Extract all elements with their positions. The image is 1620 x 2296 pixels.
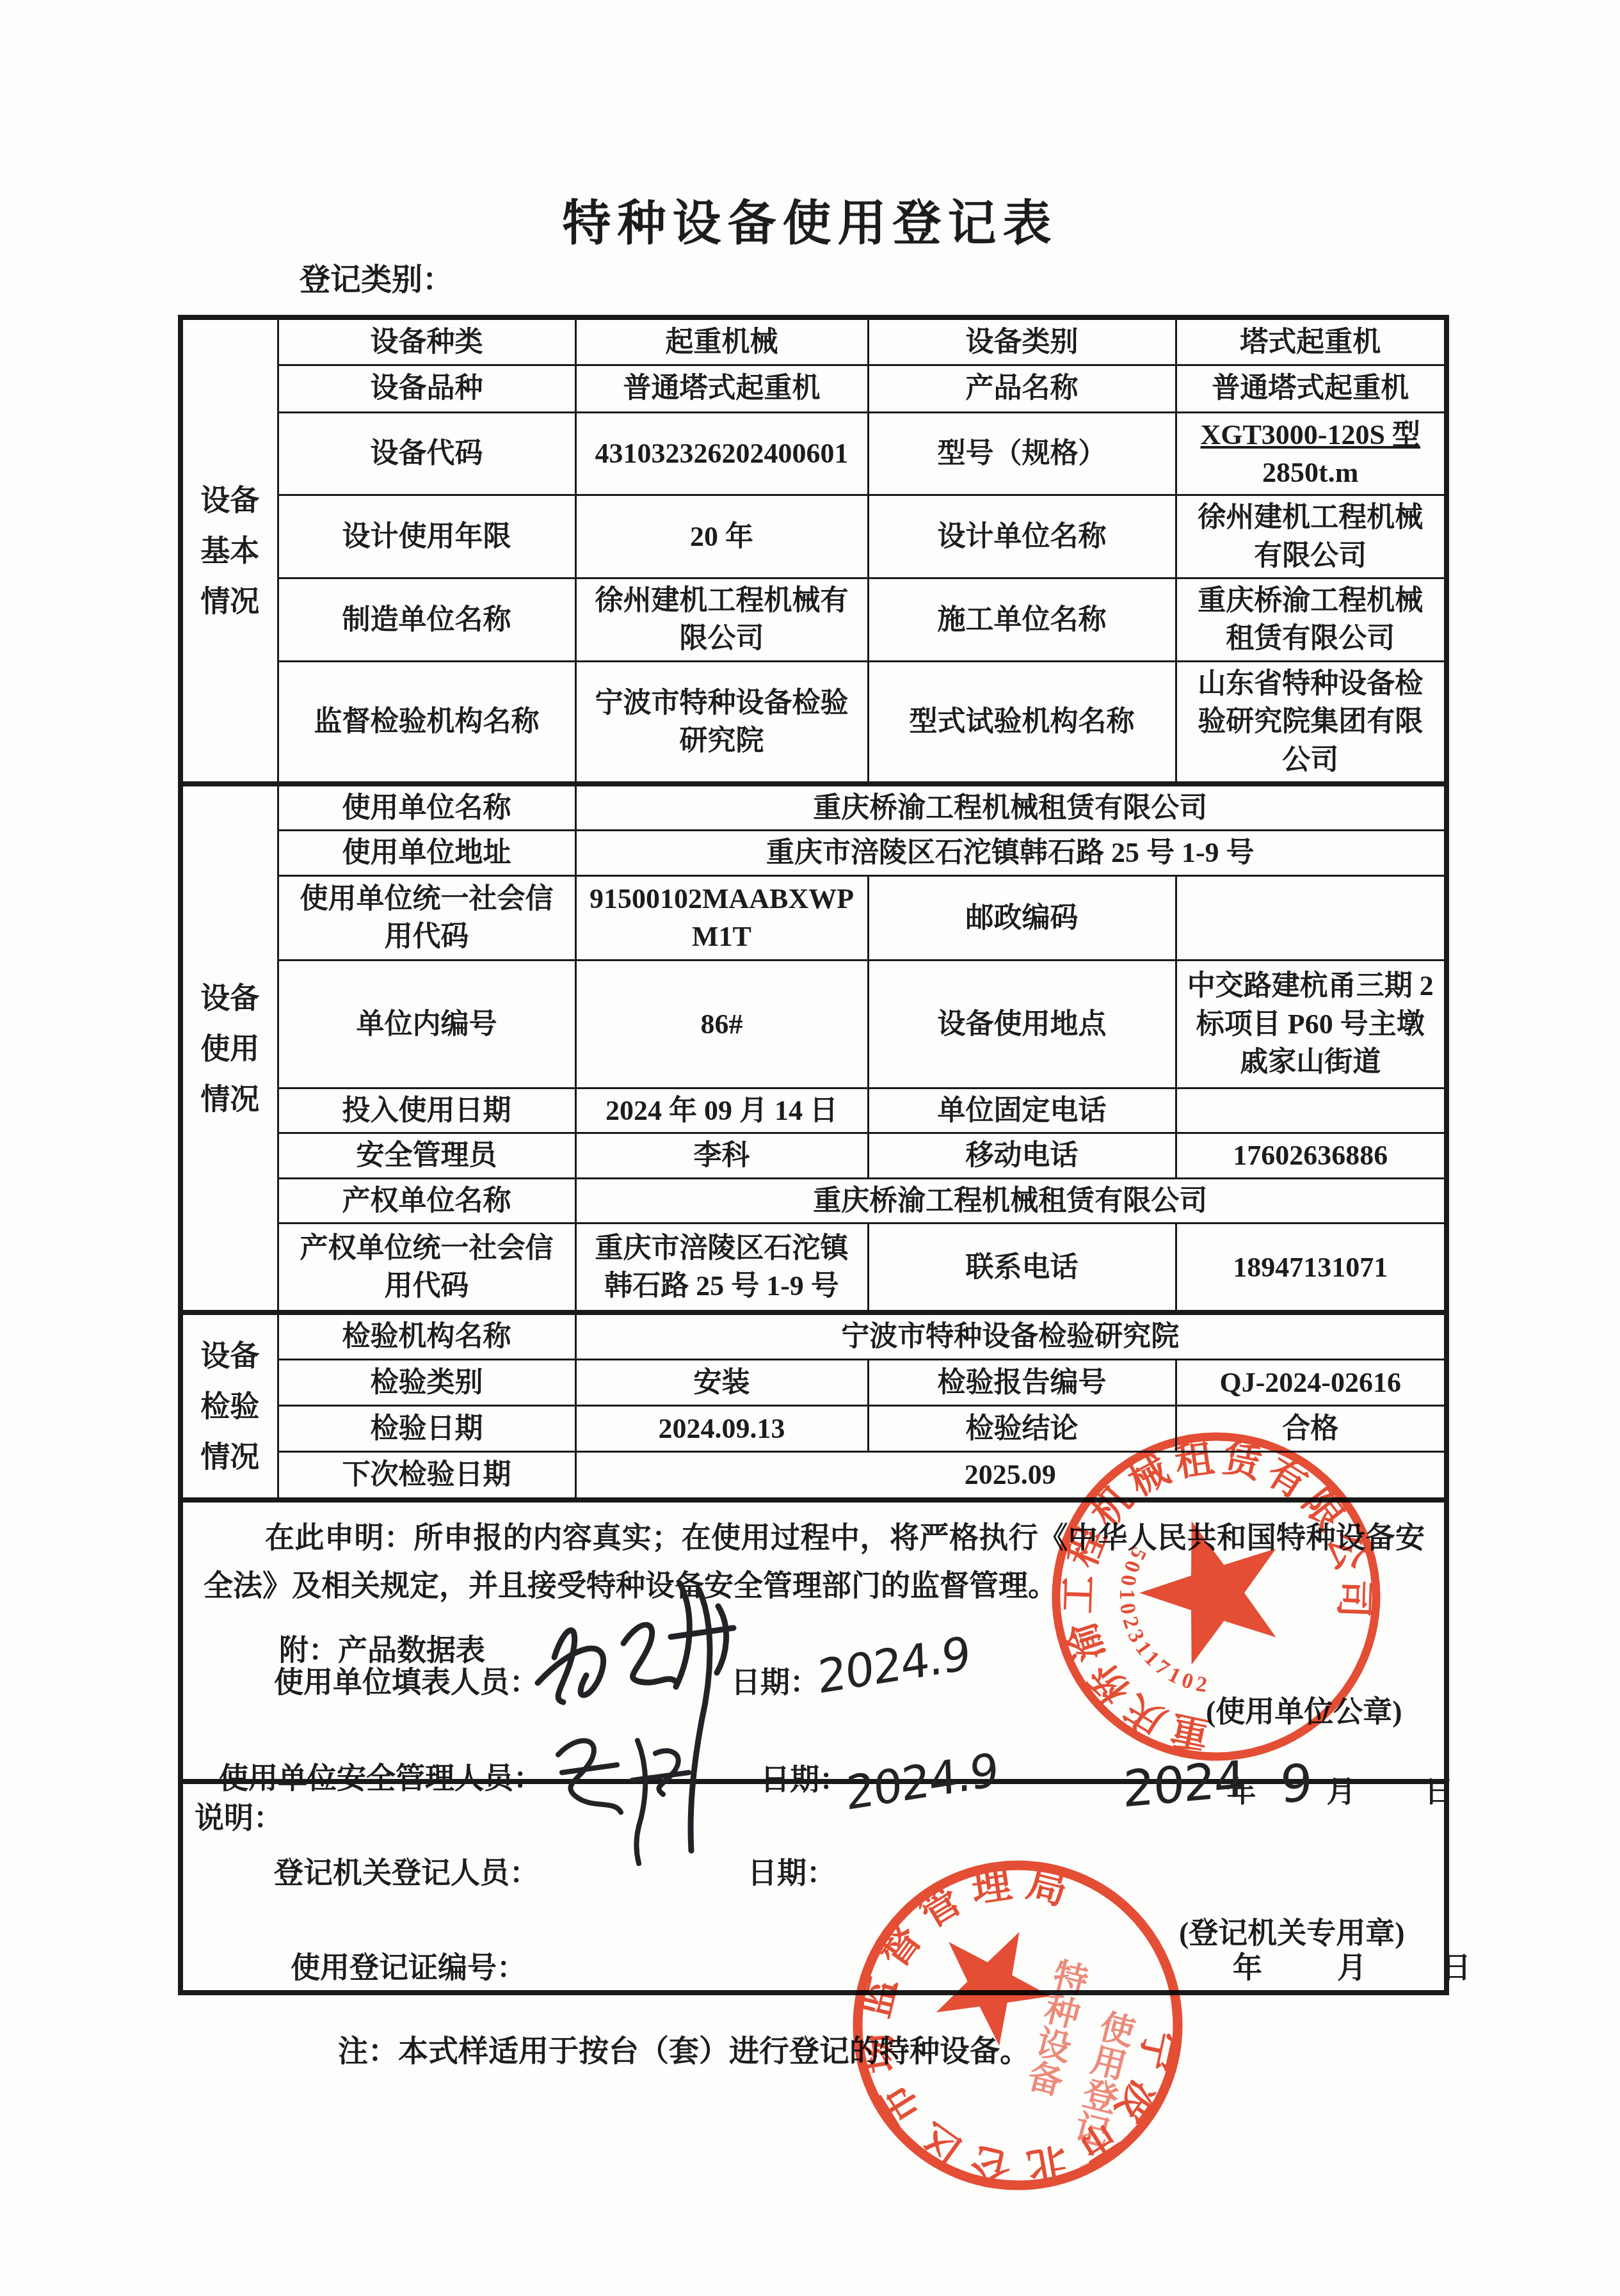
label-type-test-org: 型式试验机构名称 bbox=[868, 661, 1176, 784]
table-row: 使用单位统一社会信用代码 91500102MAABXWPM1T 邮政编码 bbox=[180, 875, 1447, 960]
label-manufacturer: 制造单位名称 bbox=[278, 578, 575, 662]
value-mobile-phone: 17602636886 bbox=[1176, 1133, 1447, 1178]
section-header-basic-info: 设备基本情况 bbox=[180, 317, 278, 784]
table-row: 设备代码 431032326202400601 型号（规格） XGT3000-1… bbox=[180, 412, 1447, 495]
label-contact-phone: 联系电话 bbox=[868, 1223, 1176, 1312]
registrar-date-label: 日期： bbox=[748, 1853, 836, 1893]
label-mobile-phone: 移动电话 bbox=[868, 1133, 1176, 1178]
label-inspection-type: 检验类别 bbox=[278, 1359, 575, 1405]
label-design-unit: 设计单位名称 bbox=[868, 495, 1176, 578]
table-row: 设计使用年限 20 年 设计单位名称 徐州建机工程机械有限公司 bbox=[180, 495, 1447, 578]
label-commissioning-date: 投入使用日期 bbox=[278, 1088, 575, 1133]
notes-row: 说明： 登记机关登记人员： 日期： (登记机关专用章) 使用登记证编号： 年 月… bbox=[180, 1782, 1447, 1993]
table-row: 检验类别 安装 检验报告编号 QJ-2024-02616 bbox=[180, 1359, 1447, 1405]
svg-text:特种设备: 特种设备 bbox=[1020, 1955, 1092, 2099]
value-user-unit-address: 重庆市涪陵区石沱镇韩石路 25 号 1-9 号 bbox=[575, 831, 1447, 875]
filler-date-label: 日期： bbox=[731, 1662, 819, 1702]
table-row: 监督检验机构名称 宁波市特种设备检验研究院 型式试验机构名称 山东省特种设备检验… bbox=[180, 661, 1447, 784]
label-equipment-code: 设备代码 bbox=[278, 412, 575, 495]
value-product-name: 普通塔式起重机 bbox=[1176, 365, 1447, 412]
registration-form-page: 特种设备使用登记表 登记类别： 设备基本情况 设备种类 起重机械 设备类别 塔式… bbox=[0, 0, 1620, 2296]
label-equipment-kind: 设备种类 bbox=[278, 317, 575, 365]
table-row: 设备检验情况 检验机构名称 宁波市特种设备检验研究院 bbox=[180, 1312, 1447, 1359]
label-inspection-org: 检验机构名称 bbox=[278, 1312, 575, 1359]
label-user-credit-code: 使用单位统一社会信用代码 bbox=[278, 875, 575, 960]
label-design-life: 设计使用年限 bbox=[278, 495, 575, 578]
value-user-unit-name: 重庆桥渝工程机械租赁有限公司 bbox=[575, 784, 1447, 831]
value-equipment-variety: 普通塔式起重机 bbox=[575, 365, 868, 412]
table-row: 产权单位名称 重庆桥渝工程机械租赁有限公司 bbox=[180, 1178, 1447, 1223]
label-postal-code: 邮政编码 bbox=[868, 875, 1176, 960]
cert-number-label: 使用登记证编号： bbox=[291, 1948, 526, 1988]
table-row: 设备品种 普通塔式起重机 产品名称 普通塔式起重机 bbox=[180, 365, 1447, 412]
label-supervision-inspection-org: 监督检验机构名称 bbox=[278, 661, 575, 784]
table-row: 使用单位地址 重庆市涪陵区石沱镇韩石路 25 号 1-9 号 bbox=[180, 831, 1447, 875]
value-commissioning-date: 2024 年 09 月 14 日 bbox=[575, 1088, 868, 1133]
label-user-unit-address: 使用单位地址 bbox=[278, 831, 575, 875]
value-owner-unit-name: 重庆桥渝工程机械租赁有限公司 bbox=[575, 1178, 1447, 1223]
registration-category-label: 登记类别： bbox=[300, 255, 453, 299]
label-owner-credit-code: 产权单位统一社会信用代码 bbox=[278, 1223, 575, 1312]
label-next-inspection-date: 下次检验日期 bbox=[278, 1451, 575, 1500]
table-row: 设备使用情况 使用单位名称 重庆桥渝工程机械租赁有限公司 bbox=[180, 784, 1447, 831]
label-model-spec: 型号（规格） bbox=[868, 412, 1176, 495]
value-model-spec: XGT3000-120S 型2850t.m bbox=[1176, 412, 1447, 495]
value-equipment-code: 431032326202400601 bbox=[575, 412, 868, 495]
registrar-label: 登记机关登记人员： bbox=[274, 1853, 539, 1893]
table-row: 安全管理员 李科 移动电话 17602636886 bbox=[180, 1133, 1447, 1178]
value-contact-phone: 18947131071 bbox=[1176, 1223, 1447, 1312]
table-row: 制造单位名称 徐州建机工程机械有限公司 施工单位名称 重庆桥渝工程机械租赁有限公… bbox=[180, 578, 1447, 662]
value-internal-number: 86# bbox=[575, 960, 868, 1088]
company-seal-stamp: 重庆桥渝工程机械租赁有限公司 5001023117102 bbox=[1036, 1416, 1397, 1777]
value-inspection-org: 宁波市特种设备检验研究院 bbox=[575, 1312, 1447, 1359]
value-user-credit-code: 91500102MAABXWPM1T bbox=[575, 875, 868, 960]
page-title: 特种设备使用登记表 bbox=[0, 184, 1620, 254]
label-internal-number: 单位内编号 bbox=[278, 960, 575, 1088]
filler-date-handwritten: 2024.9 bbox=[817, 1622, 970, 1709]
value-supervision-inspection-org: 宁波市特种设备检验研究院 bbox=[575, 661, 868, 784]
label-inspection-date: 检验日期 bbox=[278, 1405, 575, 1451]
label-user-unit-name: 使用单位名称 bbox=[278, 784, 575, 831]
value-landline-phone bbox=[1176, 1088, 1447, 1133]
value-manufacturer: 徐州建机工程机械有限公司 bbox=[575, 578, 868, 662]
value-construction-unit: 重庆桥渝工程机械租赁有限公司 bbox=[1176, 578, 1447, 662]
section-header-inspection-info: 设备检验情况 bbox=[180, 1312, 278, 1500]
label-landline-phone: 单位固定电话 bbox=[868, 1088, 1176, 1133]
value-postal-code bbox=[1176, 875, 1447, 960]
registry-seal-stamp: 宁波市北仑区市场监督管理局 特种设备 使用登记 bbox=[837, 1845, 1198, 2206]
value-safety-manager: 李科 bbox=[575, 1133, 868, 1178]
value-inspection-date: 2024.09.13 bbox=[575, 1405, 868, 1451]
section-header-usage-info: 设备使用情况 bbox=[180, 784, 278, 1312]
value-equipment-category: 塔式起重机 bbox=[1176, 317, 1447, 365]
value-inspection-report-no: QJ-2024-02616 bbox=[1176, 1359, 1447, 1405]
value-design-life: 20 年 bbox=[575, 495, 868, 578]
label-equipment-category: 设备类别 bbox=[868, 317, 1176, 365]
label-equipment-variety: 设备品种 bbox=[278, 365, 575, 412]
notes-label: 说明： bbox=[195, 1798, 283, 1838]
label-construction-unit: 施工单位名称 bbox=[868, 578, 1176, 662]
value-inspection-type: 安装 bbox=[575, 1359, 868, 1405]
filler-person-label: 使用单位填表人员： bbox=[274, 1662, 539, 1702]
value-type-test-org: 山东省特种设备检验研究院集团有限公司 bbox=[1176, 661, 1447, 784]
value-design-unit: 徐州建机工程机械有限公司 bbox=[1176, 495, 1447, 578]
table-row: 设备基本情况 设备种类 起重机械 设备类别 塔式起重机 bbox=[180, 317, 1447, 365]
value-owner-credit-code: 重庆市涪陵区石沱镇韩石路 25 号 1-9 号 bbox=[575, 1223, 868, 1312]
value-equipment-kind: 起重机械 bbox=[575, 317, 868, 365]
table-row: 投入使用日期 2024 年 09 月 14 日 单位固定电话 bbox=[180, 1088, 1447, 1133]
label-owner-unit-name: 产权单位名称 bbox=[278, 1178, 575, 1223]
label-safety-manager: 安全管理员 bbox=[278, 1133, 575, 1178]
table-row: 产权单位统一社会信用代码 重庆市涪陵区石沱镇韩石路 25 号 1-9 号 联系电… bbox=[180, 1223, 1447, 1312]
registry-seal-label: (登记机关专用章) bbox=[1179, 1913, 1405, 1953]
label-inspection-report-no: 检验报告编号 bbox=[868, 1359, 1176, 1405]
value-usage-location: 中交路建杭甬三期 2 标项目 P60 号主墩戚家山街道 bbox=[1176, 960, 1447, 1088]
notes-cell: 说明： 登记机关登记人员： 日期： (登记机关专用章) 使用登记证编号： 年 月… bbox=[180, 1782, 1447, 1993]
label-usage-location: 设备使用地点 bbox=[868, 960, 1176, 1088]
table-row: 单位内编号 86# 设备使用地点 中交路建杭甬三期 2 标项目 P60 号主墩戚… bbox=[180, 960, 1447, 1088]
label-product-name: 产品名称 bbox=[868, 365, 1176, 412]
notes-date-line: 年 月 日 bbox=[1233, 1948, 1471, 1988]
